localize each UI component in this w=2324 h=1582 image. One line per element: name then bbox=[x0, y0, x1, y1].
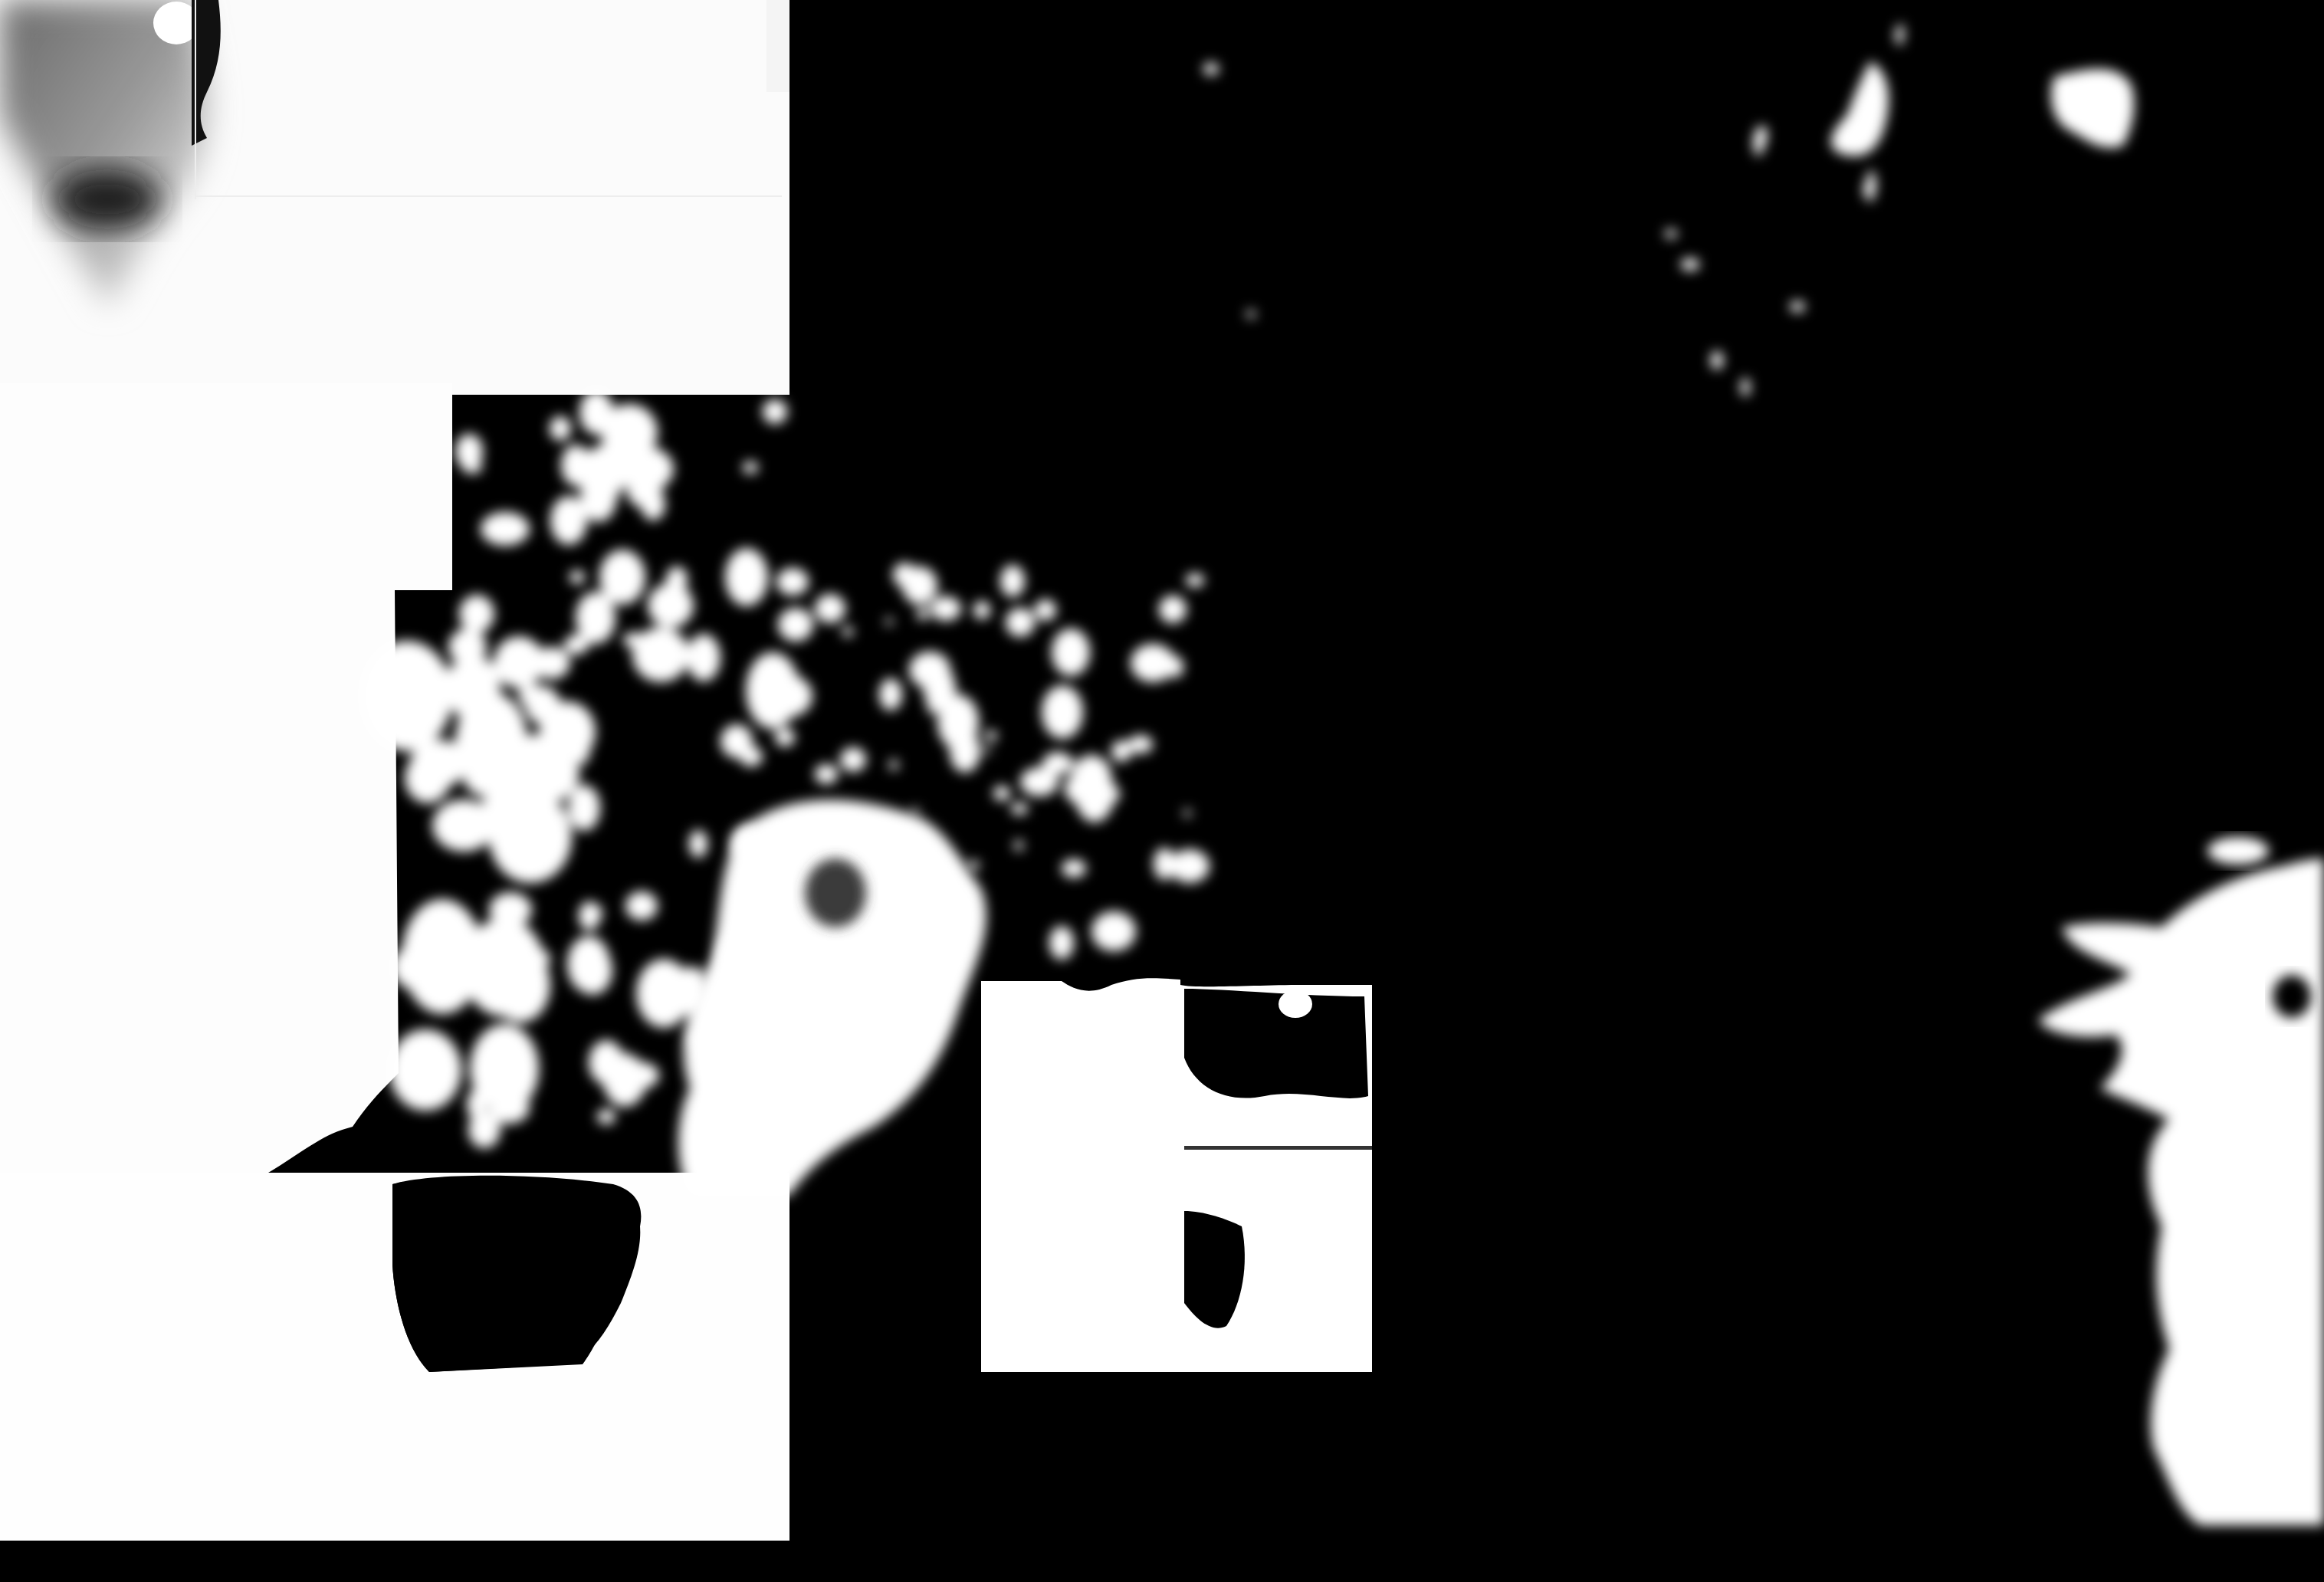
cloud-tile-bottom-center bbox=[981, 978, 1372, 1372]
bottom-strip bbox=[0, 1541, 2324, 1582]
cloud-mask-image bbox=[0, 0, 2324, 1582]
cloud-mask-canvas bbox=[0, 0, 2324, 1582]
